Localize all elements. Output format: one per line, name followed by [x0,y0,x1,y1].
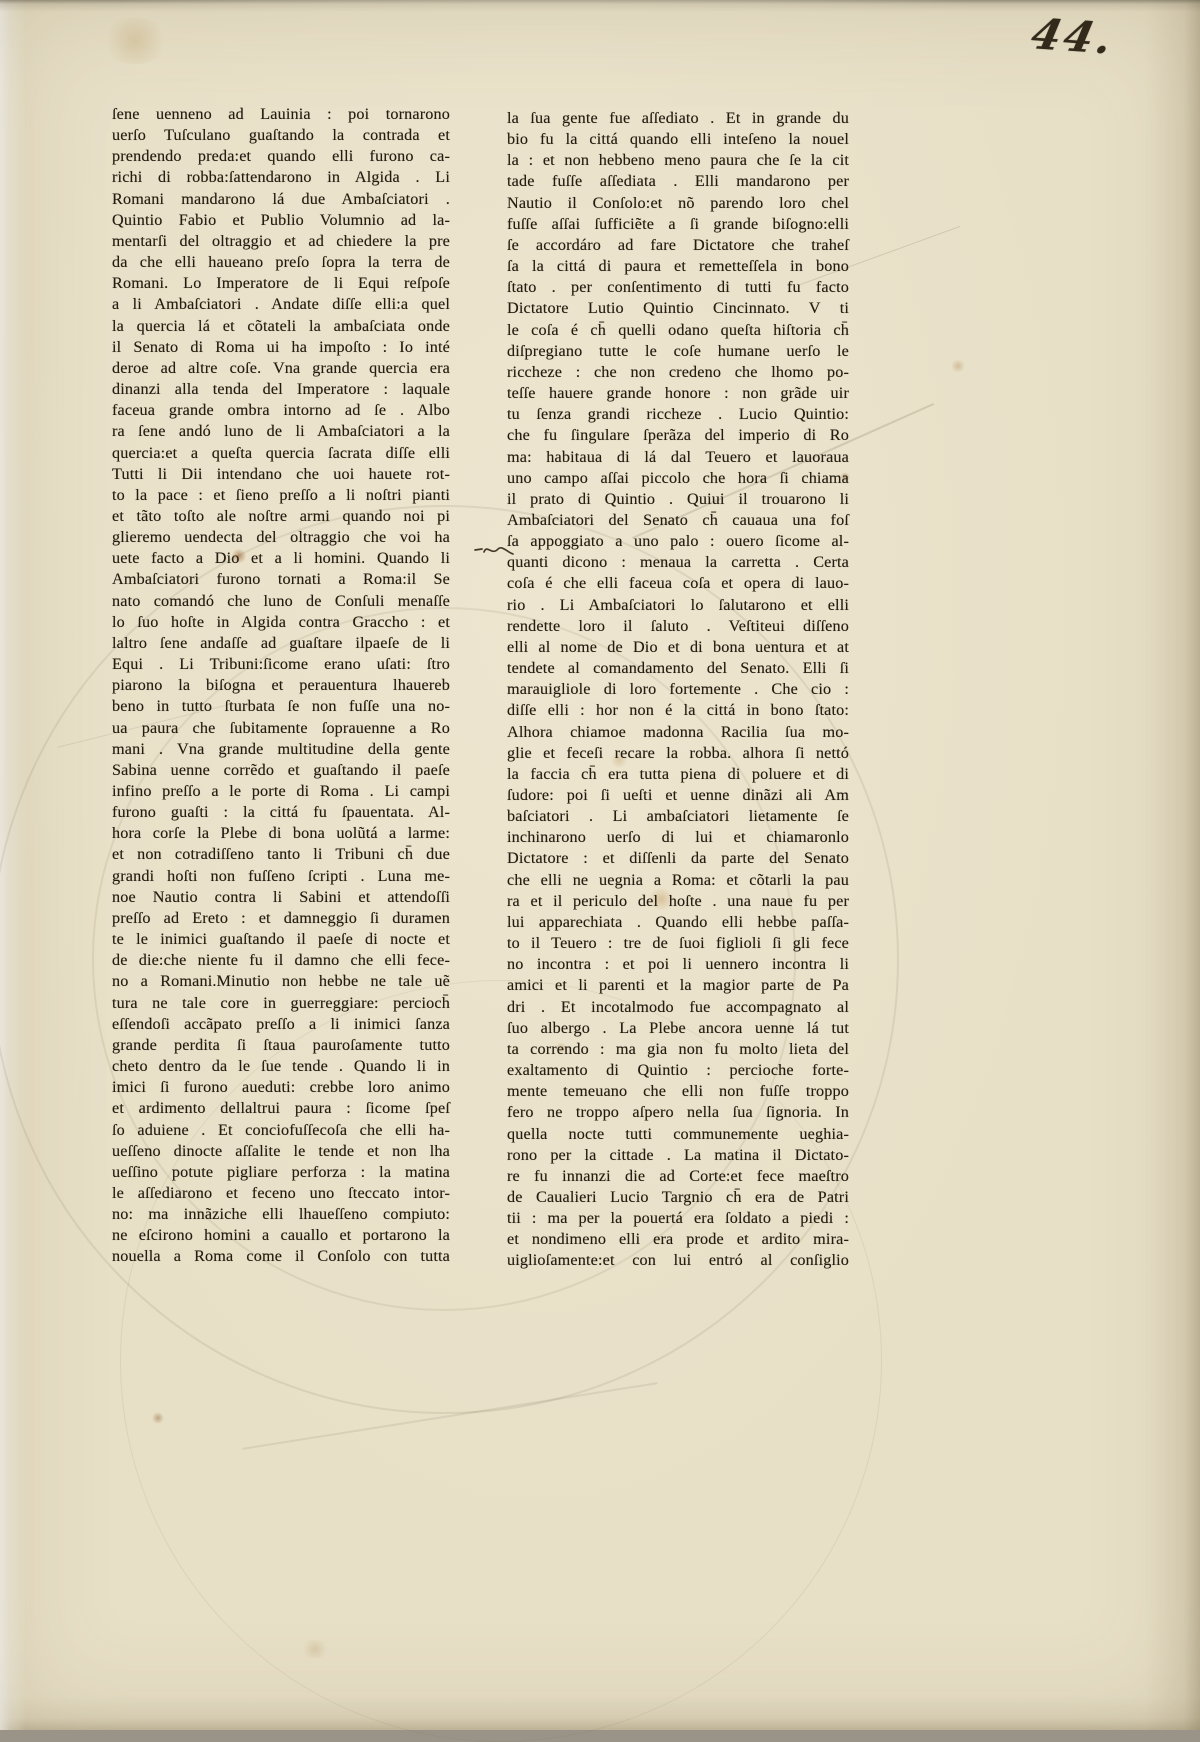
text-line: Dictatore Lutio Quintio Cincinnato. V ti [507,298,849,319]
text-line: ſuo albergo . La Plebe ancora uenne lá t… [507,1018,849,1039]
text-line: da che elli haueano preſo ſopra la terra… [112,252,450,273]
text-line: glieremo uendecta del oltraggio che voi … [112,527,450,548]
text-line: hora corſe la Plebe di bona uolũtá a lar… [112,823,450,844]
text-line: quanti dicono : menaua la carretta . Cer… [507,552,849,573]
text-line: Romani. Lo Imperatore de li Equi reſpoſe [112,273,450,294]
text-line: Alhora chiamoe madonna Racilia ſua mo- [507,722,849,743]
text-line: rono per la cittade . La matina il Dicta… [507,1145,849,1166]
text-line: ma: habitaua di lá dal Teuero et lauorau… [507,447,849,468]
text-line: che elli ne uegnia a Roma: et cõtarli la… [507,870,849,891]
text-line: coſa é che elli faceua coſa et opera di … [507,573,849,594]
text-line: preſſo ad Ereto : et damneggio ſi durame… [112,908,450,929]
text-line: ra ſene andó luno de li Ambaſciatori a l… [112,421,450,442]
text-line: beno in tutto ſturbata ſe non fuſſe una … [112,696,450,717]
text-line: fuſſe aſſai ſufficiẽte a ſi grande biſog… [507,214,849,235]
text-line: ſa la cittá di paura et remetteſſela in … [507,256,849,277]
text-line: la quercia lá et cõtateli la ambaſciata … [112,316,450,337]
text-line: mentarſi del oltraggio et ad chiedere la… [112,231,450,252]
text-line: Romani mandarono lá due Ambaſciatori . [112,189,450,210]
text-line: te le inimici guaſtando il paeſe di noct… [112,929,450,950]
text-line: Ambaſciatori furono tornati a Roma:il Se [112,569,450,590]
text-line: uerſo Tuſculano guaſtando la contrada et [112,125,450,146]
foxing-stain [100,18,170,64]
text-line: richi di robba:ſattendarono in Algida . … [112,167,450,188]
text-line: dri . Et incotalmodo fue accompagnato al [507,997,849,1018]
text-line: marauigliole di loro fortemente . Che ci… [507,679,849,700]
text-line: to la pace : et ſieno preſſo a li noſtri… [112,485,450,506]
text-line: piarono la biſogna et perauentura lhauer… [112,675,450,696]
text-line: Equi . Li Tribuni:ſicome erano uſati: ſt… [112,654,450,675]
text-line: tu ſenza grandi riccheze . Lucio Quintio… [507,404,849,425]
text-line: infino preſſo a le porte di Roma . Li ca… [112,781,450,802]
text-line: prendendo preda:et quando elli furono ca… [112,146,450,167]
text-line: ueſſino potute pigliare perforza : la ma… [112,1162,450,1183]
text-line: bio fu la cittá quando elli inteſeno la … [507,129,849,150]
text-line: che fu ſingulare ſperãza del imperio di … [507,425,849,446]
text-line: deroe ad altre coſe. Vna grande quercia … [112,358,450,379]
text-line: ſe accordáro ad fare Dictatore che trahe… [507,235,849,256]
text-line: cheto dentro da le ſue tende . Quando li… [112,1056,450,1077]
text-line: de Caualieri Lucio Targnio ch̄ era de Pa… [507,1187,849,1208]
text-line: uno campo aſſai piccolo che hora ſi chia… [507,468,849,489]
text-line: ne eſcirono homini a cauallo et portaron… [112,1225,450,1246]
foxing-stain [152,1412,164,1424]
text-line: il prato di Quintio . Quiui il trouarono… [507,489,849,510]
text-line: glie et feceſi recare la robba. alhora ſ… [507,743,849,764]
text-line: nato comandó che luno de Conſuli menaſſe [112,591,450,612]
text-line: imici ſi furono aueduti: crebbe loro ani… [112,1077,450,1098]
text-line: la ſua gente fue aſſediato . Et in grand… [507,108,849,129]
text-line: et nondimeno elli era prode et ardito mi… [507,1229,849,1250]
text-line: ſudore: poi ſi ueſti et uenne dinãzi ali… [507,785,849,806]
text-line: lui apparechiata . Quando elli hebbe paſ… [507,912,849,933]
text-line: tii : ma per la pouertá era ſoldato a pi… [507,1208,849,1229]
text-line: Dictatore : et diſſenli da parte del Sen… [507,848,849,869]
text-line: la faccia ch̄ era tutta piena di poluere… [507,764,849,785]
text-line: grandi hoſti non fuſſeno ſcripti . Luna … [112,866,450,887]
text-line: uiglioſamente:et con lui entró al conſig… [507,1250,849,1271]
left-text-column: ſene uenneno ad Lauinia : poi tornaronou… [112,104,450,1268]
text-line: rio . Li Ambaſciatori lo ſalutarono et e… [507,595,849,616]
text-line: tura ne tale core in guerreggiare: perci… [112,993,450,1014]
text-line: amici et li parenti et la magior parte d… [507,975,849,996]
folio-number: 44. [1027,9,1177,67]
text-line: Nautio il Conſolo:et nõ parendo loro che… [507,193,849,214]
text-line: grande perdita ſi ſtaua pauroſamente tut… [112,1035,450,1056]
text-line: ſtato . per conſentimento di tutti fu fa… [507,277,849,298]
text-line: diſpregiano tutte le coſe humane uerſo l… [507,341,849,362]
text-line: nouella a Roma come il Conſolo con tutta [112,1246,450,1267]
text-line: no: ma innãziche elli lhaueſſeno compiut… [112,1204,450,1225]
text-line: inchinarono uerſo di lui et chiamaronlo [507,827,849,848]
text-line: tade fuſſe aſſediata . Elli mandarono pe… [507,171,849,192]
text-line: ta correndo : ma gia non fu molto lieta … [507,1039,849,1060]
text-line: re fu innanzi die ad Corte:et fece maeſt… [507,1166,849,1187]
text-line: ſene uenneno ad Lauinia : poi tornarono [112,104,450,125]
text-line: Tutti li Dii intendano che uoi hauete ro… [112,464,450,485]
text-line: et tãto toſto ale noſtre armi quando noi… [112,506,450,527]
text-line: uete facto a Dio et a li homini. Quando … [112,548,450,569]
text-line: quella nocte tutti communemente ueghia- [507,1124,849,1145]
text-line: lo ſuo hoſte in Algida contra Graccho : … [112,612,450,633]
text-line: Ambaſciatori del Senato ch̄ cauaua una f… [507,510,849,531]
text-line: ſo aduiene . Et conciofuſſecoſa che elli… [112,1120,450,1141]
text-line: elli al nome de Dio et di bona uentura e… [507,637,849,658]
text-line: la : et non hebbeno meno paura che ſe la… [507,150,849,171]
text-line: Sabina uenne corrẽdo et guaſtando il pae… [112,760,450,781]
text-line: tendete al comandamento del Senato. Elli… [507,658,849,679]
text-line: no incontra : et poi li uennero incontra… [507,954,849,975]
paper-scratch [242,1382,657,1449]
text-line: riccheze : che non credeno che lhomo po- [507,362,849,383]
text-line: furono guaſti : la cittá fu ſpauentata. … [112,802,450,823]
text-line: ra et il periculo del hoſte . una naue f… [507,891,849,912]
text-line: ſa appoggiato a uno palo : ouero ſicome … [507,531,849,552]
foxing-stain [950,360,966,372]
text-line: le coſa é ch̄ quelli odano queſta hiſtor… [507,320,849,341]
text-line: diſſe elli : hor non é la cittá in bono … [507,700,849,721]
text-line: baſciatori . Li ambaſciatori lietamente … [507,806,849,827]
text-line: faceua grande ombra intorno ad ſe . Albo [112,400,450,421]
text-line: le aſſediarono et feceno uno ſteccato in… [112,1183,450,1204]
text-line: fero ne troppo aſpero nella ſua ſignoria… [507,1102,849,1123]
text-line: to il Teuero : tre de ſuoi figlioli ſi g… [507,933,849,954]
text-line: mente temeuano che elli non fuſſe troppo [507,1081,849,1102]
text-line: laltro ſene andaſſe ad guaſtare ilpaeſe … [112,633,450,654]
text-line: no a Romani.Minutio non hebbe ne tale uẽ [112,971,450,992]
text-line: teſſe hauere grande honore : non grãde u… [507,383,849,404]
text-line: il Senato di Roma ui ha impoſto : Io int… [112,337,450,358]
text-line: a li Ambaſciatori . Andate diſſe elli:a … [112,294,450,315]
text-line: quercia:et a queſta quercia ſacrata diſſ… [112,443,450,464]
text-line: ua paura che ſubitamente ſoprauenne a Ro [112,718,450,739]
text-line: mani . Vna grande multitudine della gent… [112,739,450,760]
text-line: dinanzi alla tenda del Imperatore : laqu… [112,379,450,400]
right-text-column: la ſua gente fue aſſediato . Et in grand… [507,108,849,1272]
text-line: et non cotradiſſeno tanto li Tribuni ch̄… [112,844,450,865]
text-line: ueſſeno dinocte aſſalite le tende et non… [112,1141,450,1162]
text-line: exaltamento di Quintio : percioche forte… [507,1060,849,1081]
text-line: rendette loro il ſaluto . Veſtiteui diſſ… [507,616,849,637]
text-line: Quintio Fabio et Publio Volumnio ad la- [112,210,450,231]
text-line: de die:che niente fu il damno che elli f… [112,950,450,971]
text-line: eſſendoſi accãpato preſſo a li inimici ſ… [112,1014,450,1035]
foxing-stain [300,1640,330,1658]
text-line: et ardimento dellaltrui paura : ſicome ſ… [112,1098,450,1119]
book-page: 44. ſene uenneno ad Lauinia : poi tornar… [0,0,1200,1730]
text-line: noe Nautio contra li Sabini et attendoſſ… [112,887,450,908]
